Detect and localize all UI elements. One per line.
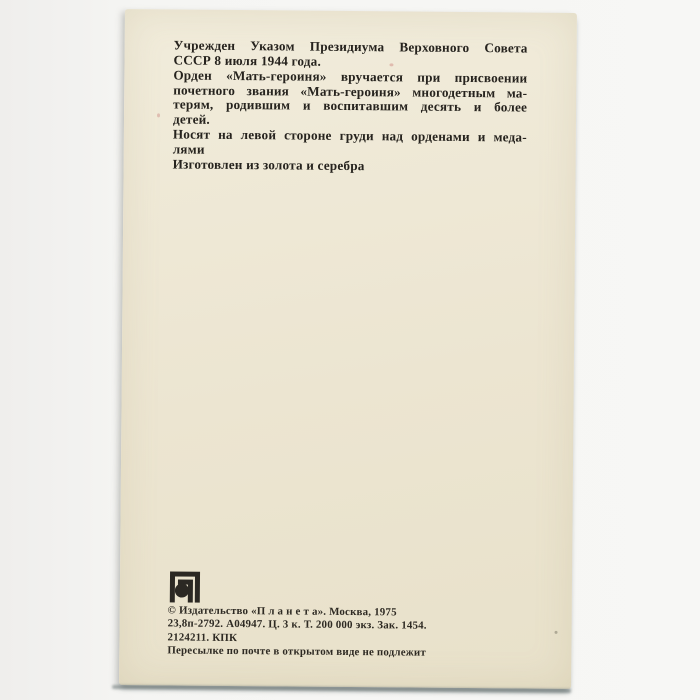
body-line: Носят на левой стороне груди над орденам… <box>173 128 527 146</box>
imprint-text: © Издательство «П л а н е т а». Москва, … <box>167 604 531 661</box>
postcard: Учрежден Указом Президиума Верховного Со… <box>119 9 577 689</box>
imprint-line-notice: Пересылке по почте в открытом виде не по… <box>167 645 531 662</box>
imprint-block: © Издательство «П л а н е т а». Москва, … <box>167 569 532 661</box>
planeta-publisher-logo-icon <box>168 569 202 602</box>
body-line: Изготовлен из золота и серебра <box>173 157 527 175</box>
paper-speck <box>555 631 558 634</box>
postcard-text-block: Учрежден Указом Президиума Верховного Со… <box>173 38 528 175</box>
paper-speck <box>157 113 160 117</box>
scan-background: Учрежден Указом Президиума Верховного Со… <box>0 0 700 700</box>
